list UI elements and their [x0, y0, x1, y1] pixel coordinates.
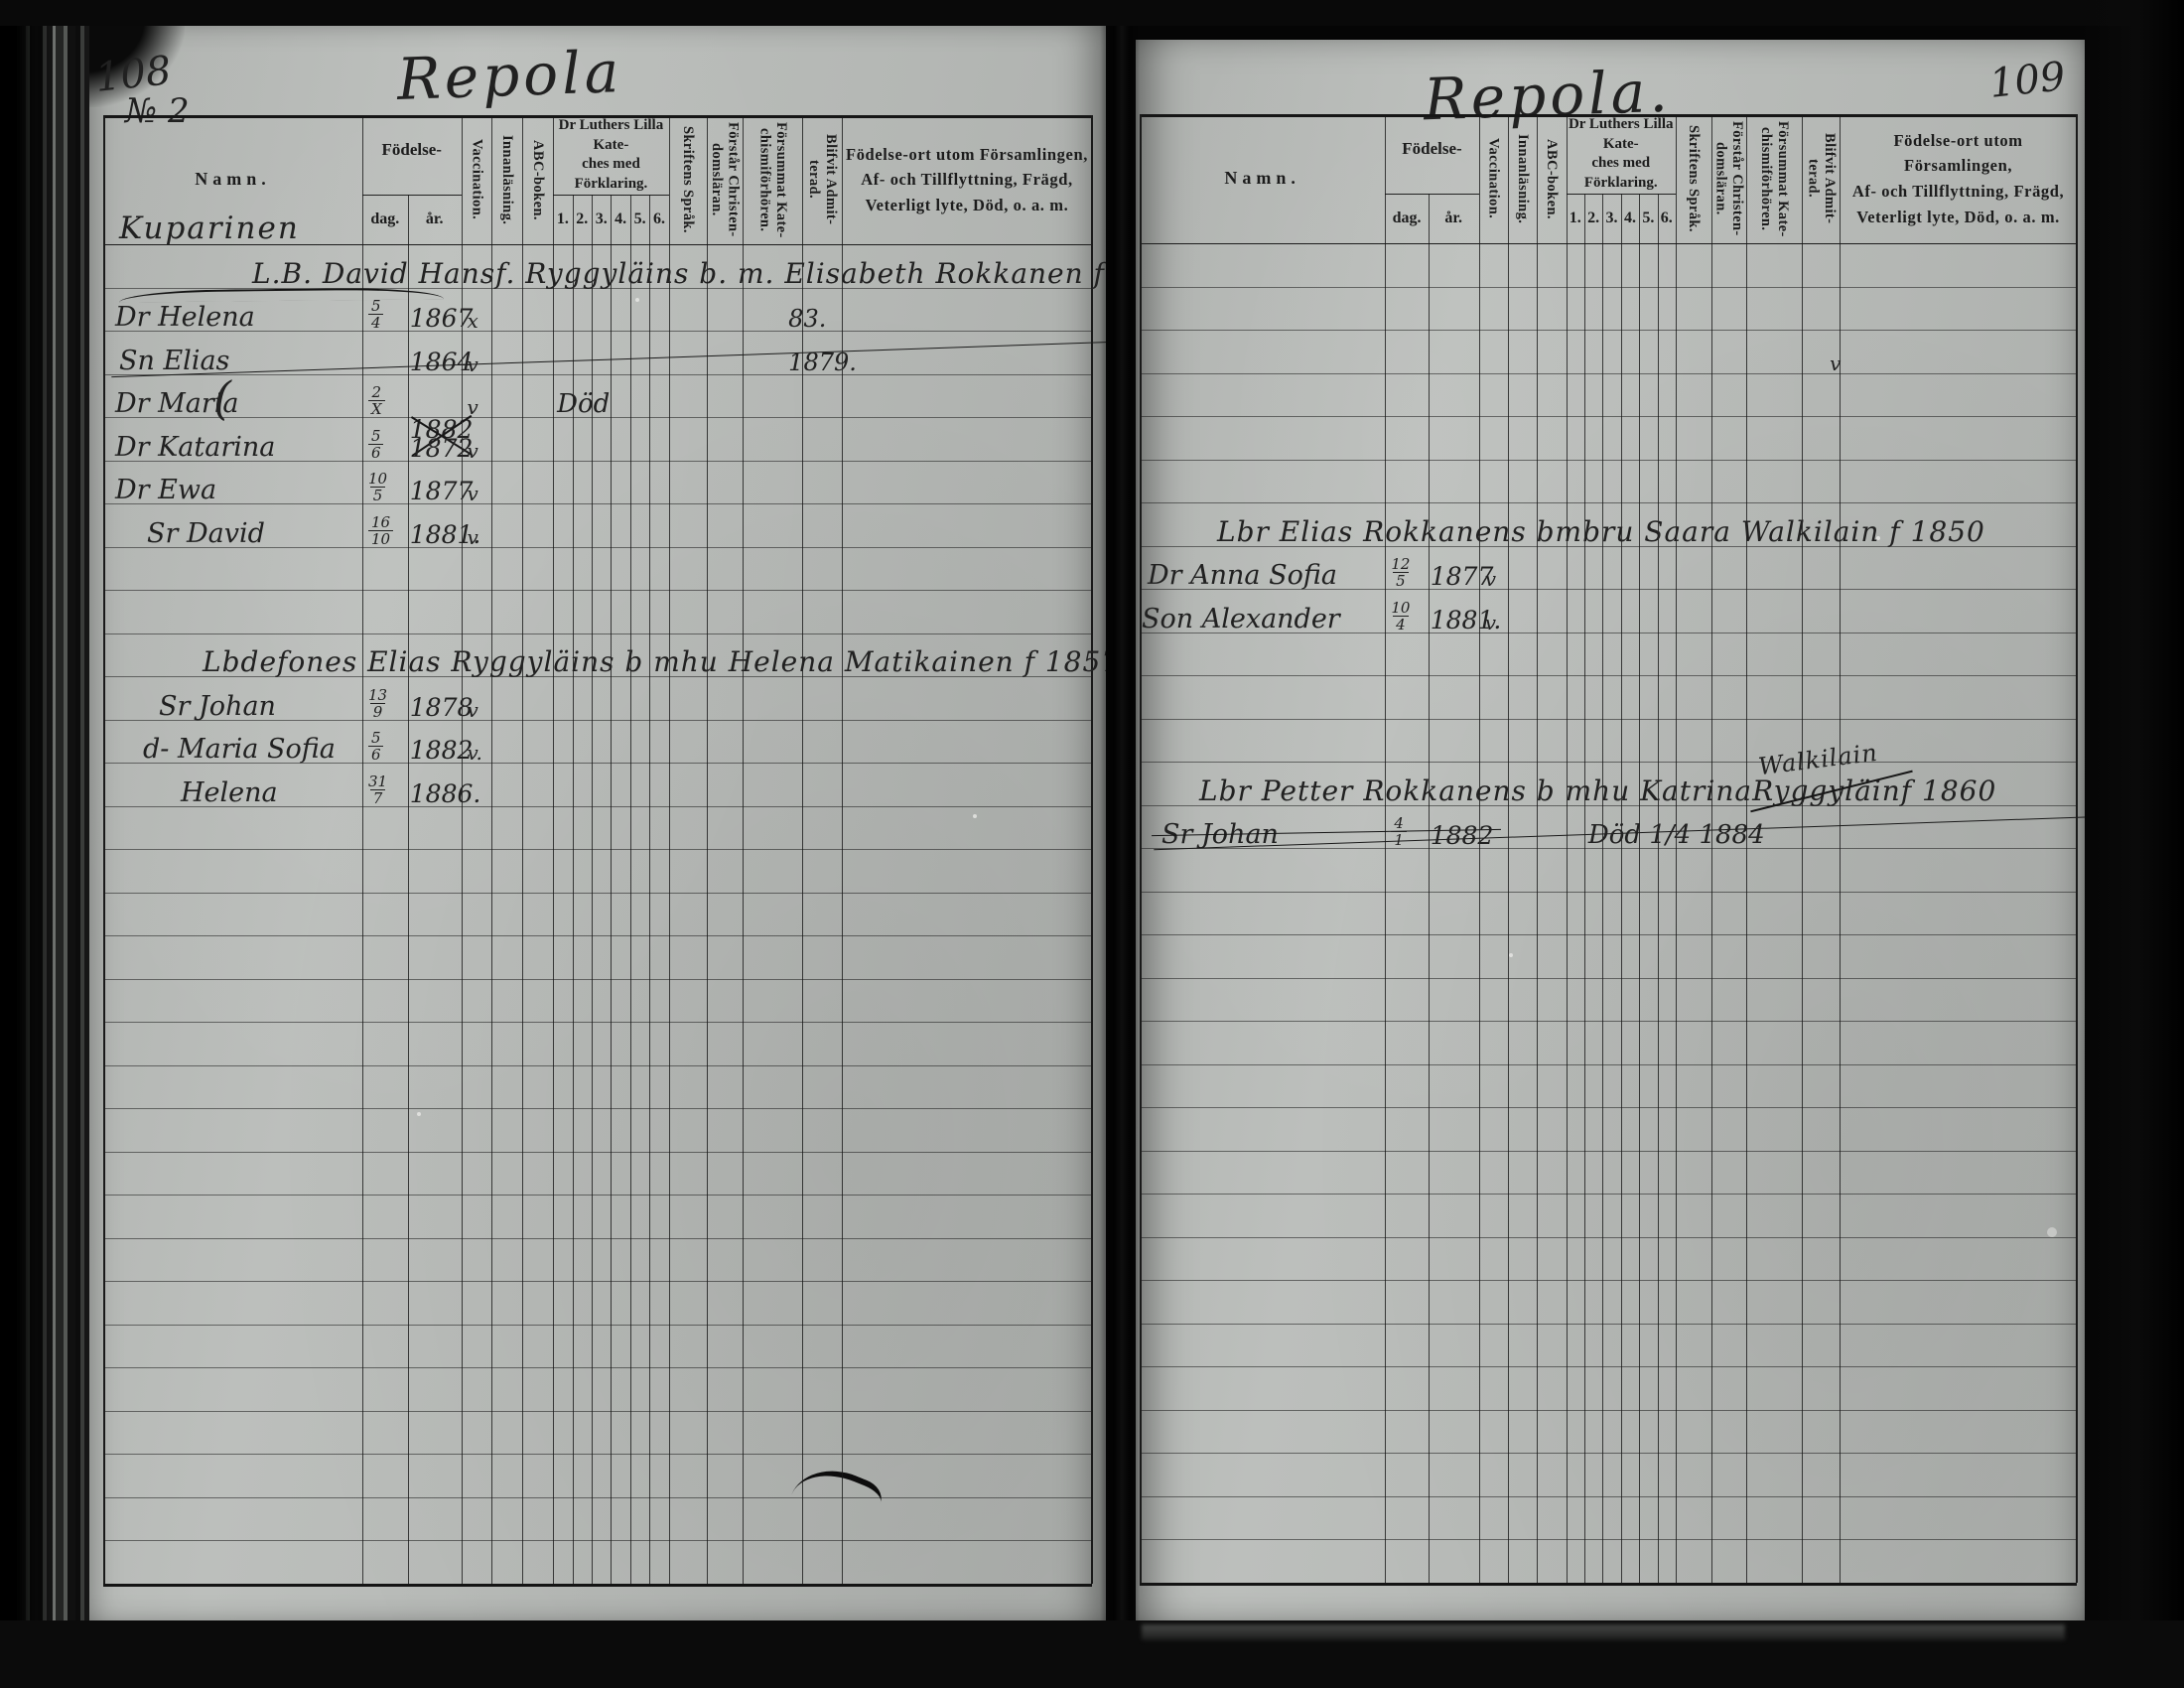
column-line [553, 115, 554, 1584]
row-line [103, 893, 1092, 894]
column-line [1508, 114, 1509, 1583]
birth-date-fraction: 56 [368, 429, 384, 461]
column-line [462, 115, 463, 1584]
header-vaccination: Vaccination. [1479, 118, 1508, 239]
column-line [1584, 194, 1585, 1583]
row-line [103, 1497, 1092, 1498]
row-line [103, 1152, 1092, 1153]
entry-birth-day: 139 [368, 684, 387, 720]
entry-birth-day: 1610 [368, 511, 393, 547]
table-left-border [103, 115, 105, 1584]
header-skriftens_sprak: Skriftens Språk. [669, 119, 707, 240]
header-kateches-6: 6. [1658, 206, 1676, 231]
header-blifvit_admitterad: Blifvit Admit- terad. [802, 119, 842, 240]
book-gutter-shadow [1100, 26, 1140, 1624]
entry-name: Son Alexander [1142, 597, 1340, 633]
family-row: Lbr Petter Rokkanens b mhu Katrina Ryggy… [1199, 770, 1996, 805]
entry-name: Dr Katarina [115, 425, 275, 461]
entry-name: Helena [181, 771, 278, 806]
row-line [1140, 1021, 2077, 1022]
row-line [103, 935, 1092, 936]
header-kateches-3: 3. [592, 207, 611, 232]
entry-note: Död [557, 381, 610, 417]
right-page: 109 Repola. Namn.Födelse-dag.år.Vaccinat… [1136, 40, 2085, 1620]
entry-name: Dr Ewa [115, 468, 216, 503]
column-line [669, 115, 670, 1584]
column-line [802, 115, 803, 1584]
header-blifvit_admitterad: Blifvit Admit- terad. [1802, 118, 1840, 239]
birth-date-fraction: 104 [1391, 601, 1410, 633]
column-line [408, 195, 409, 1584]
row-line [1140, 1064, 2077, 1065]
header-fodelse: Födelse- [1385, 136, 1478, 162]
column-line [1429, 194, 1430, 1583]
column-line [1639, 194, 1640, 1583]
header-kateches-3: 3. [1602, 206, 1620, 231]
entry-birth-year: 1882 [410, 727, 474, 763]
birth-date-fraction: 41 [1391, 816, 1407, 848]
entry-vaccination-mark: v [468, 468, 478, 503]
row-line [103, 979, 1092, 980]
column-line [649, 195, 650, 1584]
row-line [1140, 1539, 2077, 1540]
entry-birth-year: 1886. [410, 771, 481, 806]
paren-mark: ( [213, 371, 231, 421]
entry-vaccination-mark: v [1485, 553, 1496, 589]
family-row: Lbr Elias Rokkanens bmbru Saara Walkilai… [1217, 510, 1985, 546]
header-bottom-line [1140, 243, 2077, 244]
header-bottom-line [103, 244, 1092, 245]
entry-vaccination-mark: v [468, 425, 478, 461]
entry-birth-year: 1882 [1431, 812, 1494, 848]
row-line [103, 1195, 1092, 1196]
row-line [103, 503, 1092, 504]
entry-vaccination-mark: v [468, 381, 478, 417]
row-line [1140, 675, 2077, 676]
row-line [1140, 287, 2077, 288]
birth-date-fraction: 125 [1391, 557, 1410, 589]
header-forstar_christendomslaran: Förstår Christen- domsläran. [1711, 118, 1746, 239]
row-line [103, 1325, 1092, 1326]
row-line [1140, 1453, 2077, 1454]
table-bottom-border [1140, 1583, 2077, 1586]
fodelse-midline [1385, 194, 1478, 195]
row-line [1140, 978, 2077, 979]
family-row: L.B. David Hansf. Ryggyläins b. m. Elisa… [252, 252, 1106, 288]
column-line [707, 115, 708, 1584]
row-line [1140, 416, 2077, 417]
page-number-right: 109 [1987, 54, 2068, 107]
header-namn: Namn. [103, 164, 362, 194]
header-fodelseort: Födelse-ort utom Församlingen, Af- och T… [1840, 122, 2077, 235]
birth-date-fraction: 317 [368, 774, 387, 806]
entry-birth-year: 1867 [410, 295, 474, 331]
birth-date-fraction: 54 [368, 299, 384, 331]
row-line [1140, 762, 2077, 763]
register-table: Namn.Födelse-dag.år.Vaccination.Innanläs… [103, 115, 1092, 1584]
header-ar: år. [408, 207, 462, 232]
birth-date-fraction: 56 [368, 731, 384, 763]
column-line [491, 115, 492, 1584]
birth-date-fraction: 2X [368, 385, 385, 417]
column-line [1802, 114, 1803, 1583]
entry-vaccination-mark: v [1485, 597, 1496, 633]
birth-date-fraction: 105 [368, 472, 387, 503]
entry-birth-day: 104 [1391, 597, 1410, 633]
row-line [1140, 1151, 2077, 1152]
fodelse-midline [362, 195, 462, 196]
entry-vaccination-mark: v [468, 511, 478, 547]
column-line [1537, 114, 1538, 1583]
entry-birth-year: 1872 [410, 425, 474, 461]
flourish-mark: v [1830, 338, 1841, 373]
header-kateches-4: 4. [1621, 206, 1639, 231]
table-right-border [2076, 114, 2078, 1583]
row-line [103, 374, 1092, 375]
entry-birth-day: 317 [368, 771, 387, 806]
entry-birth-day: 54 [368, 295, 384, 331]
page-title-left: Repola [396, 38, 623, 113]
header-kateches-5: 5. [1639, 206, 1657, 231]
column-line [842, 115, 843, 1584]
row-line [1140, 934, 2077, 935]
entry-note: Död 1/4 1884 [1588, 812, 1765, 848]
header-innanlasning: Innanläsning. [1508, 118, 1537, 239]
entry-birth-day: 2X [368, 381, 385, 417]
header-ar: år. [1429, 206, 1479, 231]
row-line [1140, 373, 2077, 374]
row-line [1140, 892, 2077, 893]
entry-birth-day: 125 [1391, 553, 1410, 589]
row-line [1140, 502, 2077, 503]
row-line [1140, 1194, 2077, 1195]
header-innanlasning: Innanläsning. [491, 119, 522, 240]
row-line [103, 1411, 1092, 1412]
entry-birth-day: 56 [368, 727, 384, 763]
entry-vaccination-mark: v [468, 339, 478, 374]
column-line [630, 195, 631, 1584]
entry-name: Sn Elias [119, 339, 1106, 374]
column-line [1621, 194, 1622, 1583]
column-line [1567, 114, 1568, 1583]
column-line [1658, 194, 1659, 1583]
header-forsummat_katechismiforhoren: Försummat Kate- chismiförhören. [1746, 118, 1803, 239]
entry-name: Sr Johan [159, 684, 276, 720]
header-forsummat_katechismiforhoren: Försummat Kate- chismiförhören. [743, 119, 802, 240]
column-line [362, 115, 363, 1584]
row-line [103, 1022, 1092, 1023]
header-kateches-1: 1. [553, 207, 572, 232]
entry-birth-year: 1878 [410, 684, 474, 720]
register-table: Namn.Födelse-dag.år.Vaccination.Innanläs… [1140, 114, 2077, 1583]
book-spine-binding [0, 0, 91, 1688]
row-line [1140, 1107, 2077, 1108]
row-line [103, 1065, 1092, 1066]
row-line [1140, 1366, 2077, 1367]
left-page: 108 Repola № 2 Kuparinen Namn.Födelse-da… [89, 26, 1106, 1620]
header-kateches-1: 1. [1567, 206, 1584, 231]
header-dag: dag. [1385, 206, 1428, 231]
row-line [103, 1454, 1092, 1455]
entry-admitted-value: 83. [788, 295, 826, 331]
entry-name: Sr David [147, 511, 265, 547]
header-forstar_christendomslaran: Förstår Christen- domsläran. [707, 119, 744, 240]
entry-birth-day: 56 [368, 425, 384, 461]
row-line [1140, 330, 2077, 331]
row-line [1140, 1280, 2077, 1281]
family-row: Lbdefones Elias Ryggyläins b mhu Helena … [203, 640, 1106, 676]
birth-date-fraction: 1610 [368, 515, 393, 547]
entry-name: d- Maria Sofia [143, 727, 336, 763]
column-line [522, 115, 523, 1584]
header-fodelse: Födelse- [362, 137, 462, 163]
table-right-border [1091, 115, 1093, 1584]
scan-right-edge [2081, 0, 2184, 1688]
header-vaccination: Vaccination. [462, 119, 492, 240]
row-line [103, 1367, 1092, 1368]
correction-above: Walkilain [1757, 740, 1879, 778]
column-line [611, 195, 612, 1584]
entry-birth-year: 1864 [410, 339, 474, 374]
table-left-border [1140, 114, 1142, 1583]
header-dag: dag. [362, 207, 408, 232]
header-kateches-4: 4. [611, 207, 629, 232]
row-line [1140, 1410, 2077, 1411]
scan-top-edge [0, 0, 2184, 26]
entry-vaccination-mark: v [468, 684, 478, 720]
birth-date-fraction: 139 [368, 688, 387, 720]
column-line [1840, 114, 1841, 1583]
column-line [1385, 114, 1386, 1583]
header-kateches-5: 5. [630, 207, 649, 232]
entry-admitted-value: 1879. [788, 339, 857, 374]
row-line [103, 1108, 1092, 1109]
entry-vaccination-mark: v. [468, 727, 482, 763]
row-line [103, 590, 1092, 591]
row-line [103, 849, 1092, 850]
entry-birth-day: 41 [1391, 812, 1407, 848]
table-bottom-border [103, 1584, 1092, 1587]
row-line [1140, 460, 2077, 461]
entry-birth-day: 105 [368, 468, 387, 503]
header-kateches-2: 2. [573, 207, 592, 232]
row-line [1140, 719, 2077, 720]
row-line [103, 1238, 1092, 1239]
scanned-parish-register: 108 Repola № 2 Kuparinen Namn.Födelse-da… [0, 0, 2184, 1688]
entry-vaccination-mark: x [468, 295, 478, 331]
row-line [1140, 1237, 2077, 1238]
column-line [1602, 194, 1603, 1583]
header-kateches-group: Dr Luthers Lilla Kate- ches med Förklari… [1563, 120, 1680, 188]
row-line [103, 1281, 1092, 1282]
page-stack-edge [1142, 1624, 2065, 1640]
entry-name: Dr Anna Sofia [1148, 553, 1337, 589]
header-fodelseort: Födelse-ort utom Församlingen, Af- och T… [842, 123, 1092, 236]
header-skriftens_sprak: Skriftens Språk. [1676, 118, 1711, 239]
row-line [1140, 1324, 2077, 1325]
column-line [743, 115, 744, 1584]
header-kateches-2: 2. [1584, 206, 1602, 231]
header-kateches-6: 6. [649, 207, 668, 232]
family-text: Lbr Petter Rokkanens b mhu Katrina [1199, 777, 1752, 805]
entry-birth-year: 1877 [410, 468, 474, 503]
row-line [103, 633, 1092, 634]
struck-maiden-name: RyggyläinWalkilain [1752, 777, 1901, 805]
header-kateches-group: Dr Luthers Lilla Kate- ches med Förklari… [549, 121, 673, 189]
family-text: f 1860 [1901, 777, 1997, 805]
row-line [1140, 1496, 2077, 1497]
header-namn: Namn. [1140, 163, 1385, 193]
overline-stroke [119, 287, 444, 302]
row-line [103, 1540, 1092, 1541]
